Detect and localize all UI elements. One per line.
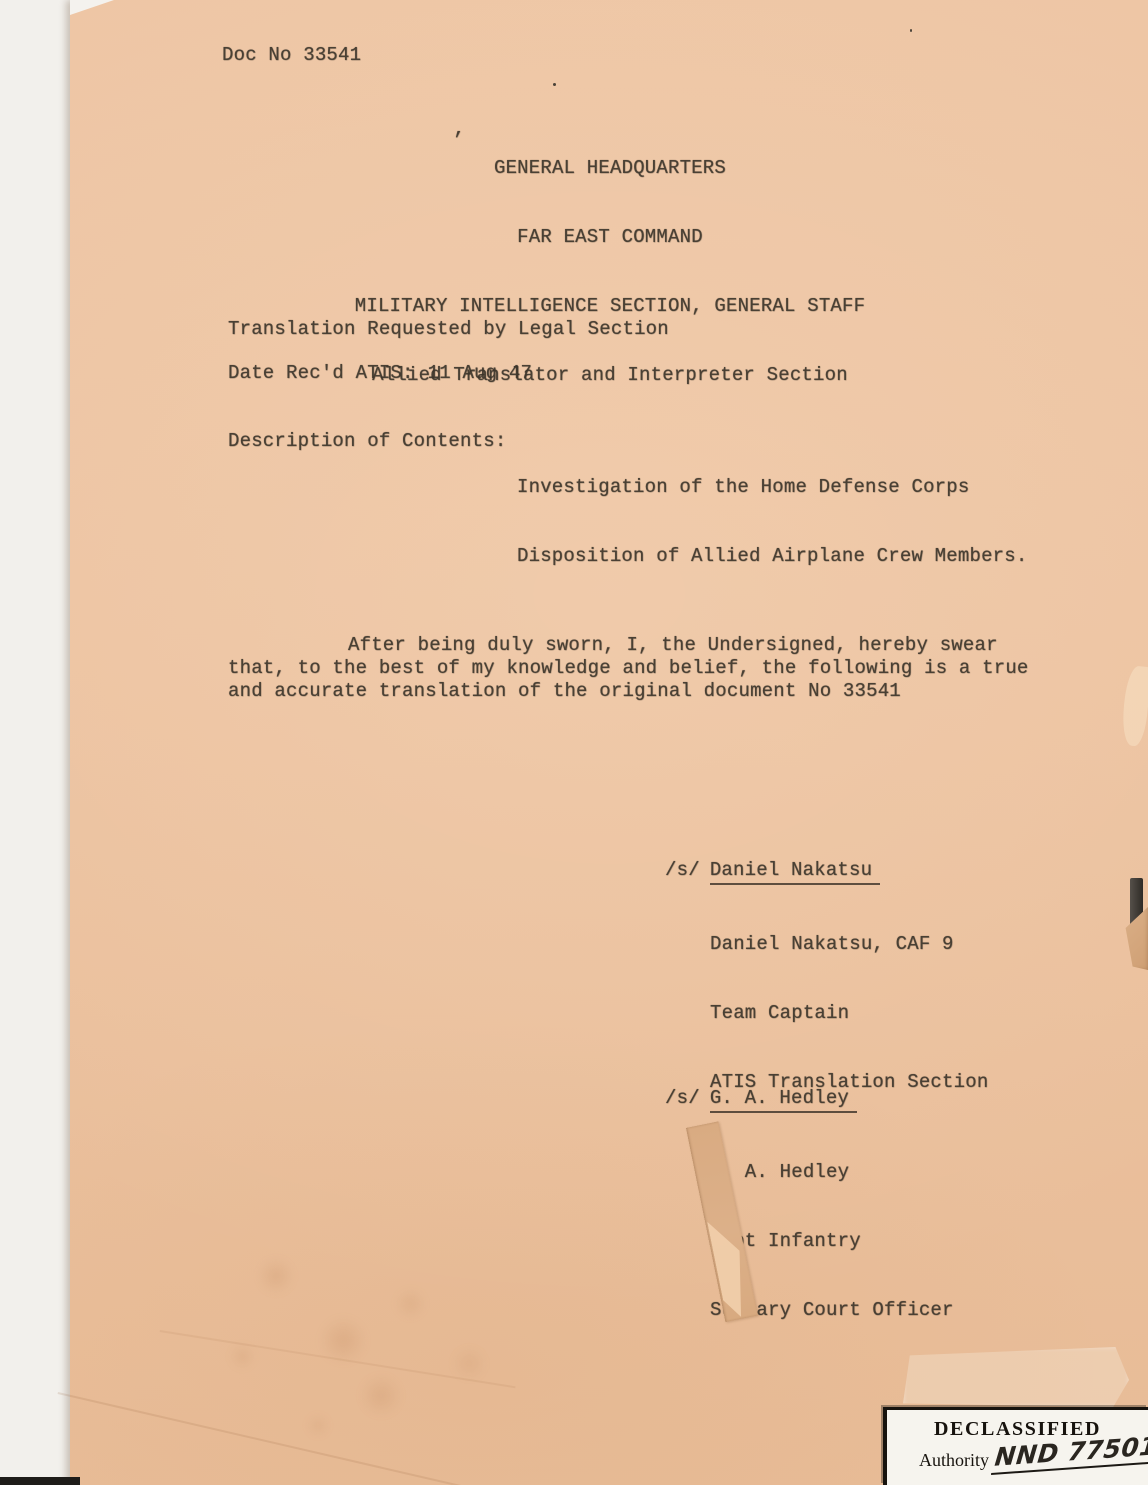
date-received-label: Date Rec'd ATIS: — [228, 362, 414, 385]
typed-name: G. A. Hedley — [710, 1161, 954, 1184]
authority-label: Authority — [919, 1450, 989, 1471]
stray-typed-mark: ’ — [452, 130, 464, 153]
ink-speck — [910, 29, 912, 32]
signed-mark: /s/ — [665, 1087, 700, 1110]
letterhead-line-1: GENERAL HEADQUARTERS — [310, 157, 910, 180]
description-line-2: Disposition of Allied Airplane Crew Memb… — [517, 545, 1027, 568]
signer-title: Capt Infantry — [710, 1230, 954, 1253]
signature-name: G. A. Hedley — [710, 1087, 857, 1113]
tape-strip — [903, 1347, 1129, 1407]
description-label: Description of Contents: — [228, 430, 506, 453]
translation-request-line: Translation Requested by Legal Section — [228, 318, 669, 341]
letterhead-line-3: MILITARY INTELLIGENCE SECTION, GENERAL S… — [310, 295, 910, 318]
signer-title: Team Captain — [710, 1002, 988, 1025]
date-received-value: 11 Aug 47 — [428, 362, 532, 385]
signature-name: Daniel Nakatsu — [710, 859, 880, 885]
declassified-stamp: DECLASSIFIED Authority NND 775011 — [883, 1407, 1148, 1485]
affidavit-line-3: and accurate translation of the original… — [228, 680, 901, 703]
scan-edge-shadow — [0, 1477, 80, 1485]
date-received-line: Date Rec'd ATIS: 11 Aug 47 — [228, 362, 532, 385]
signed-mark: /s/ — [665, 859, 700, 882]
description-content: Investigation of the Home Defense Corps … — [517, 430, 1027, 591]
ink-speck — [553, 83, 556, 86]
letterhead-line-2: FAR EAST COMMAND — [310, 226, 910, 249]
affidavit-line-2: that, to the best of my knowledge and be… — [228, 657, 1029, 680]
typed-name: Daniel Nakatsu, CAF 9 — [710, 933, 988, 956]
affidavit-line-1: After being duly sworn, I, the Undersign… — [348, 634, 998, 657]
doc-number: Doc No 33541 — [222, 44, 361, 67]
description-line-1: Investigation of the Home Defense Corps — [517, 476, 1027, 499]
